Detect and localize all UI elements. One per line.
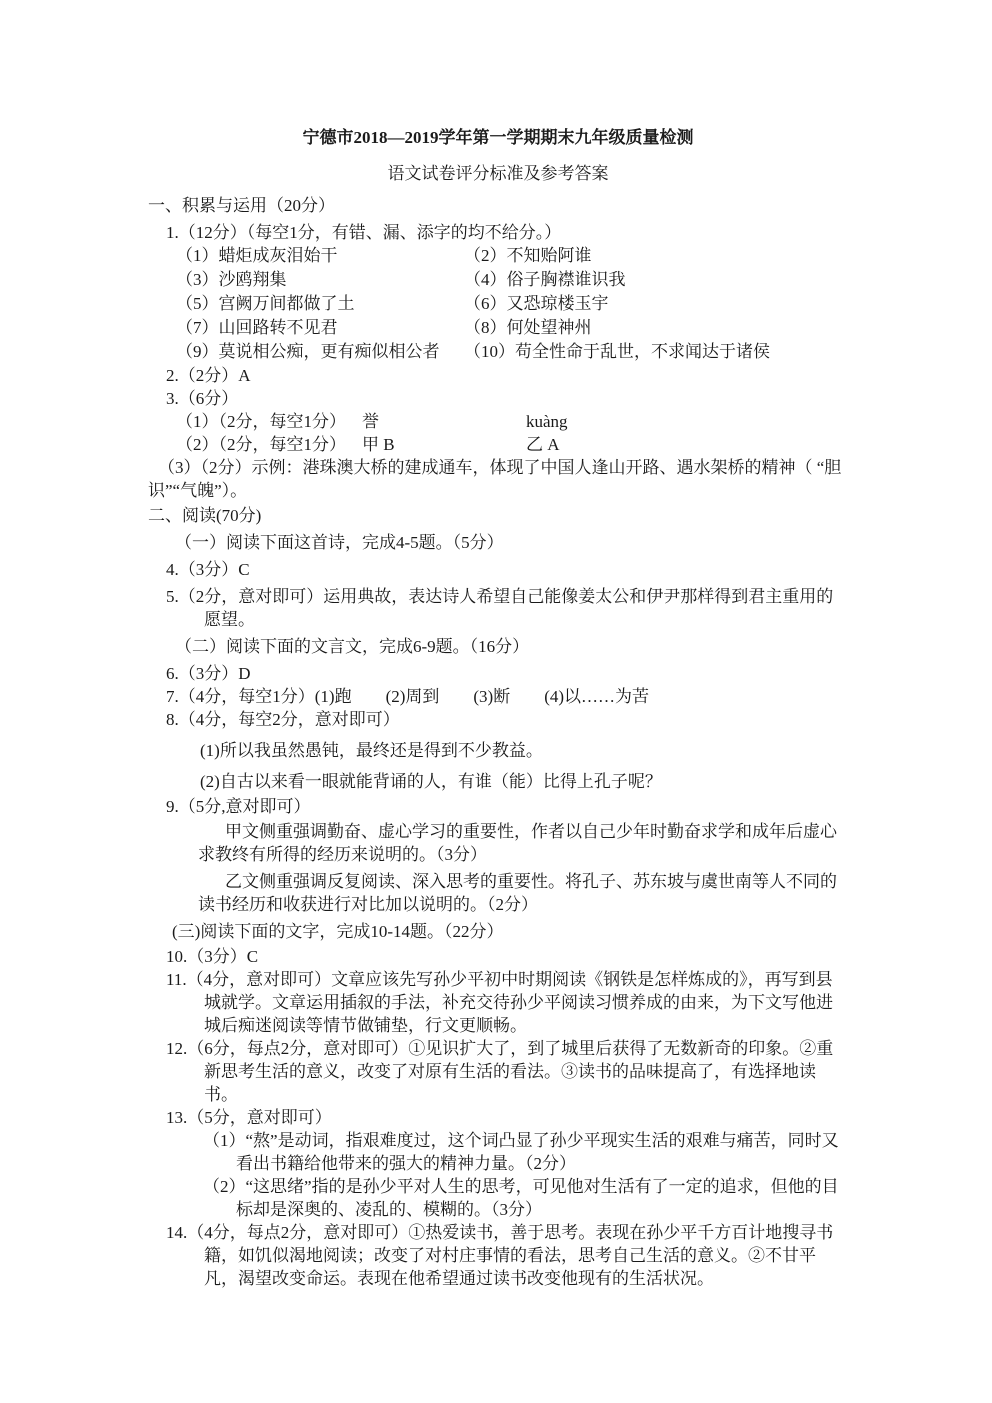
question4-answer: 4.（3分）C (148, 558, 848, 581)
question2-answer: 2.（2分）A (148, 364, 848, 387)
answer-item: （3）沙鸥翔集 (176, 268, 464, 292)
question3-sub2: （2）（2分，每空1分）甲 B乙 A (148, 433, 848, 456)
answer-item: （5）宫阙万间都做了土 (176, 292, 464, 316)
question3-sub3: （3）（2分）示例：港珠澳大桥的建成通车，体现了中国人逢山开路、遇水架桥的精神（… (148, 456, 848, 502)
answer-item: （9）莫说相公痴，更有痴似相公者 (176, 340, 464, 364)
answer-item: （1）蜡炬成灰泪始干 (176, 244, 464, 268)
sub1-answer-a: 誉 (362, 410, 526, 433)
exam-answer-sheet-page: 宁德市2018—2019学年第一学期期末九年级质量检测 语文试卷评分标准及参考答… (0, 0, 992, 1403)
part1-heading: （一）阅读下面这首诗，完成4-5题。（5分） (148, 531, 848, 554)
question13-sub2: （2）“这思绪”指的是孙少平对人生的思考，可见他对生活有了一定的追求，但他的目标… (148, 1175, 848, 1221)
question1-label: 1.（12分）（每空1分，有错、漏、添字的均不给分。） (148, 221, 848, 244)
question9-para1: 甲文侧重强调勤奋、虚心学习的重要性，作者以自己少年时勤奋求学和成年后虚心求教终有… (148, 820, 848, 866)
document-title: 宁德市2018—2019学年第一学期期末九年级质量检测 (148, 126, 848, 149)
question10-answer: 10.（3分）C (148, 945, 848, 968)
question3-sub1: （1）（2分，每空1分）誉kuàng (148, 410, 848, 433)
question6-answer: 6.（3分）D (148, 662, 848, 685)
answer-row: （3）沙鸥翔集 （4）俗子胸襟谁识我 (176, 268, 848, 292)
sub2-answer-a: 甲 B (362, 433, 526, 456)
question14-answer: 14.（4分，每点2分，意对即可）①热爱读书，善于思考。表现在孙少平千方百计地搜… (148, 1221, 848, 1290)
question8-label: 8.（4分，每空2分，意对即可） (148, 708, 848, 731)
answer-item: （6）又恐琼楼玉宇 (464, 292, 848, 316)
question11-answer: 11.（4分，意对即可）文章应该先写孙少平初中时期阅读《钢铁是怎样炼成的》，再写… (148, 968, 848, 1037)
question9-para2: 乙文侧重强调反复阅读、深入思考的重要性。将孔子、苏东坡与虞世南等人不同的读书经历… (148, 870, 848, 916)
sub2-answer-b: 乙 A (526, 433, 560, 456)
question9-label: 9.（5分,意对即可） (148, 795, 848, 818)
question5-answer: 5.（2分，意对即可）运用典故，表达诗人希望自己能像姜太公和伊尹那样得到君主重用… (148, 585, 848, 631)
answer-item: （7）山回路转不见君 (176, 316, 464, 340)
document-subtitle: 语文试卷评分标准及参考答案 (148, 162, 848, 185)
question13-label: 13.（5分，意对即可） (148, 1106, 848, 1129)
answer-row: （7）山回路转不见君 （8）何处望神州 (176, 316, 848, 340)
answer-item: （2）不知贻阿谁 (464, 244, 848, 268)
answer-row: （9）莫说相公痴，更有痴似相公者 （10）苟全性命于乱世，不求闻达于诸侯 (176, 340, 848, 364)
section2-heading: 二、阅读(70分) (148, 504, 848, 527)
section1-heading: 一、积累与运用（20分） (148, 194, 848, 217)
answer-item: （4）俗子胸襟谁识我 (464, 268, 848, 292)
answer-item: （8）何处望神州 (464, 316, 848, 340)
question13-sub1: （1）“熬”是动词，指艰难度过，这个词凸显了孙少平现实生活的艰难与痛苦，同时又看… (148, 1129, 848, 1175)
question8-sub1: (1)所以我虽然愚钝，最终还是得到不少教益。 (148, 739, 848, 762)
answer-row: （5）宫阙万间都做了土 （6）又恐琼楼玉宇 (176, 292, 848, 316)
question1-answers: （1）蜡炬成灰泪始干 （2）不知贻阿谁 （3）沙鸥翔集 （4）俗子胸襟谁识我 （… (148, 244, 848, 364)
question12-answer: 12.（6分，每点2分，意对即可）①见识扩大了，到了城里后获得了无数新奇的印象。… (148, 1037, 848, 1106)
question7-answer: 7.（4分，每空1分）(1)跑 (2)周到 (3)断 (4)以……为苦 (148, 685, 848, 708)
answer-row: （1）蜡炬成灰泪始干 （2）不知贻阿谁 (176, 244, 848, 268)
answer-item: （10）苟全性命于乱世，不求闻达于诸侯 (464, 340, 848, 364)
question8-sub2: (2)自古以来看一眼就能背诵的人，有谁（能）比得上孔子呢？ (148, 770, 848, 793)
part2-heading: （二）阅读下面的文言文，完成6-9题。（16分） (148, 635, 848, 658)
question3-label: 3.（6分） (148, 387, 848, 410)
sub2-prefix: （2）（2分，每空1分） (176, 435, 346, 454)
document-content: 宁德市2018—2019学年第一学期期末九年级质量检测 语文试卷评分标准及参考答… (148, 126, 848, 1290)
sub1-prefix: （1）（2分，每空1分） (176, 412, 346, 431)
part3-heading: (三)阅读下面的文字，完成10-14题。（22分） (148, 920, 848, 943)
sub1-answer-b-pinyin: kuàng (526, 410, 568, 433)
